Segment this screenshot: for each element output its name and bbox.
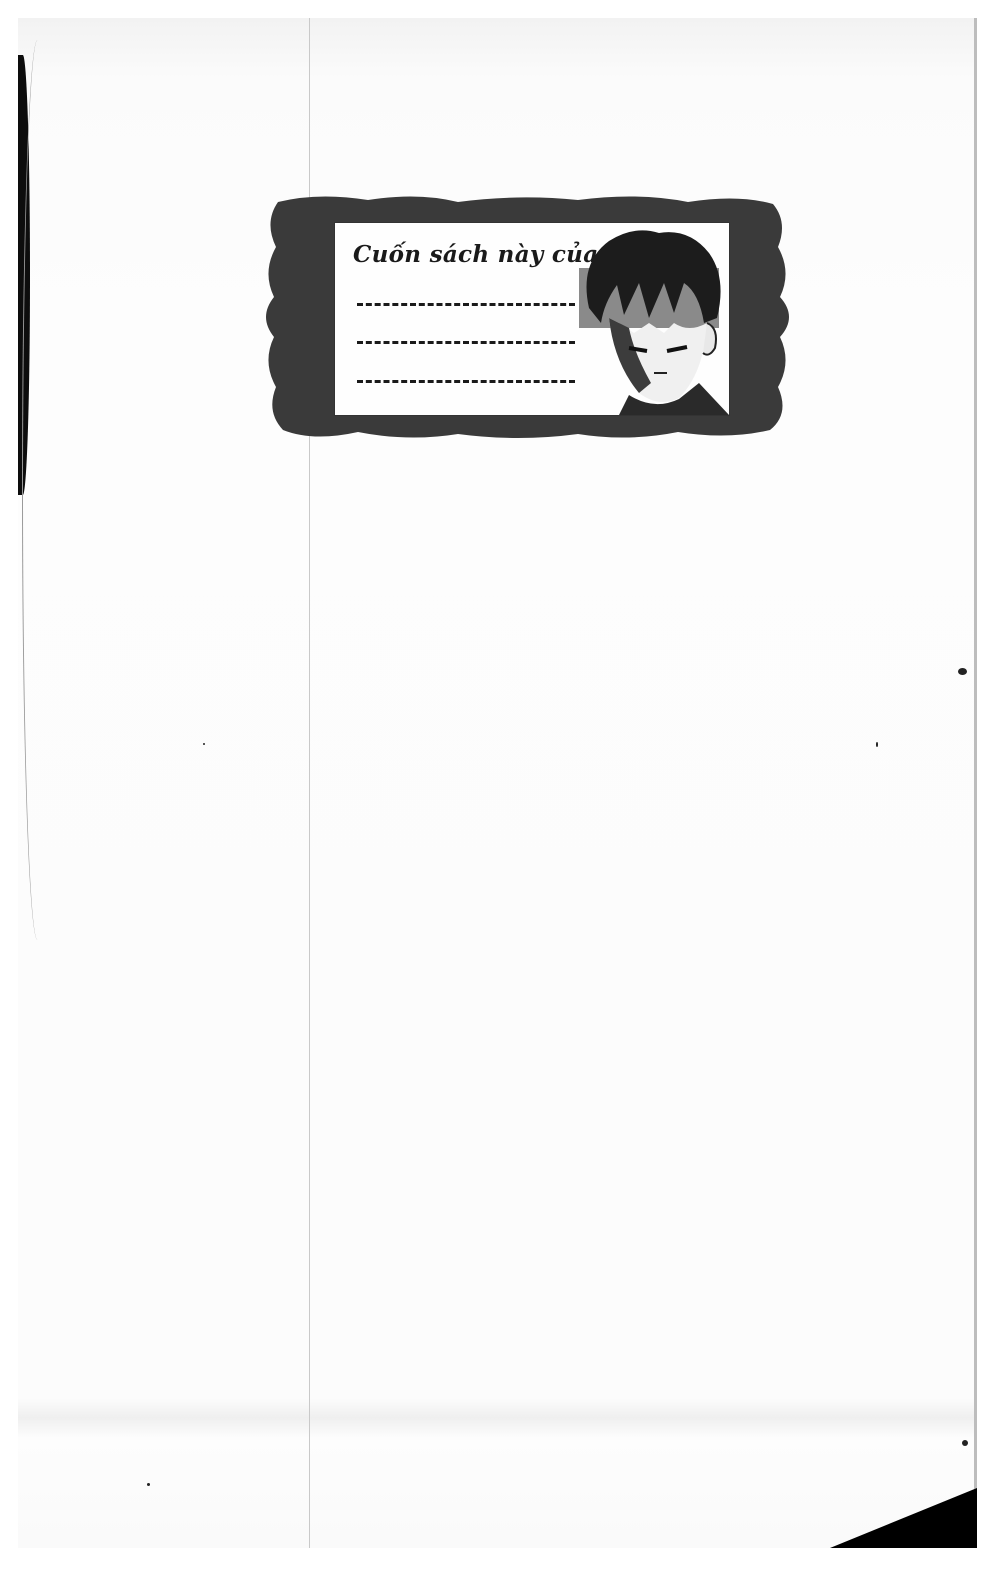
name-line-1 [357,303,575,306]
manga-portrait-illustration [579,223,729,415]
scan-speck [876,742,878,747]
scan-speck [962,1440,968,1446]
bookplate-label: Cuốn sách này của: [334,222,730,416]
page-edge [974,18,977,1548]
scan-speck [147,1483,150,1486]
folded-corner [830,1488,977,1548]
page-curve [22,40,53,940]
name-line-3 [357,380,575,383]
bookplate-title: Cuốn sách này của: [353,241,607,268]
scan-speck [958,668,967,675]
ownership-bookplate: Cuốn sách này của: [268,196,788,438]
scan-speck [203,743,205,745]
name-line-2 [357,341,575,344]
